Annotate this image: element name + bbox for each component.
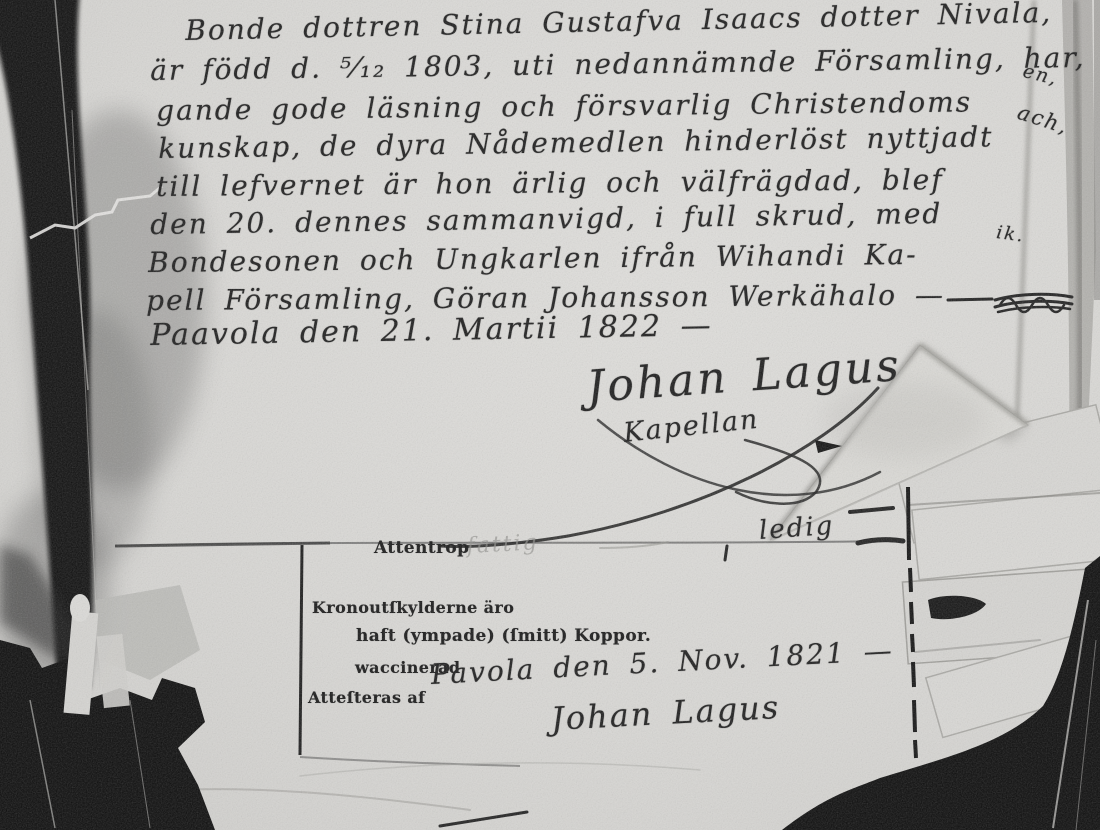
- manuscript-line-3: gande gode läsning och försvarlig Christ…: [156, 85, 972, 127]
- form-label-attesteras-af: Atteſteras af: [308, 688, 425, 707]
- manuscript-line-1: Bonde dottren Stina Gustafva Isaacs dott…: [185, 0, 1052, 47]
- manuscript-line-2: är född d. ⁵⁄₁₂ 1803, uti nedannämnde Fö…: [150, 40, 1100, 87]
- signature-title: Kapellan: [622, 404, 761, 449]
- form-header-printed: Attentrop: [374, 538, 469, 558]
- manuscript-line-5: till lefvernet är hon ärlig och välfrägd…: [156, 163, 944, 203]
- form-label-kronoutskylderne: Kronoutſkylderne äro: [312, 598, 514, 617]
- manuscript-line-7: Bondesonen och Ungkarlen ifrån Wihandi K…: [148, 238, 918, 279]
- manuscript-line-4: kunskap, de dyra Nådemedlen hinderlöst n…: [158, 120, 994, 165]
- form-faint-script: fattig: [466, 530, 539, 559]
- edge-fragment-2: ach,: [1015, 100, 1072, 139]
- edge-fragment-3: ik.: [995, 222, 1026, 247]
- scanned-document: Bonde dottren Stina Gustafva Isaacs dott…: [0, 0, 1100, 830]
- attest-signature: Johan Lagus: [550, 688, 781, 738]
- signature: Johan Lagus: [585, 340, 903, 413]
- text-layer: Bonde dottren Stina Gustafva Isaacs dott…: [0, 0, 1100, 830]
- form-label-koppor: haft (ympade) (ſmitt) Koppor.: [356, 626, 651, 646]
- margin-note-ledig: ledig: [758, 511, 835, 546]
- manuscript-line-6: den 20. dennes sammanvigd, i full skrud,…: [150, 197, 943, 241]
